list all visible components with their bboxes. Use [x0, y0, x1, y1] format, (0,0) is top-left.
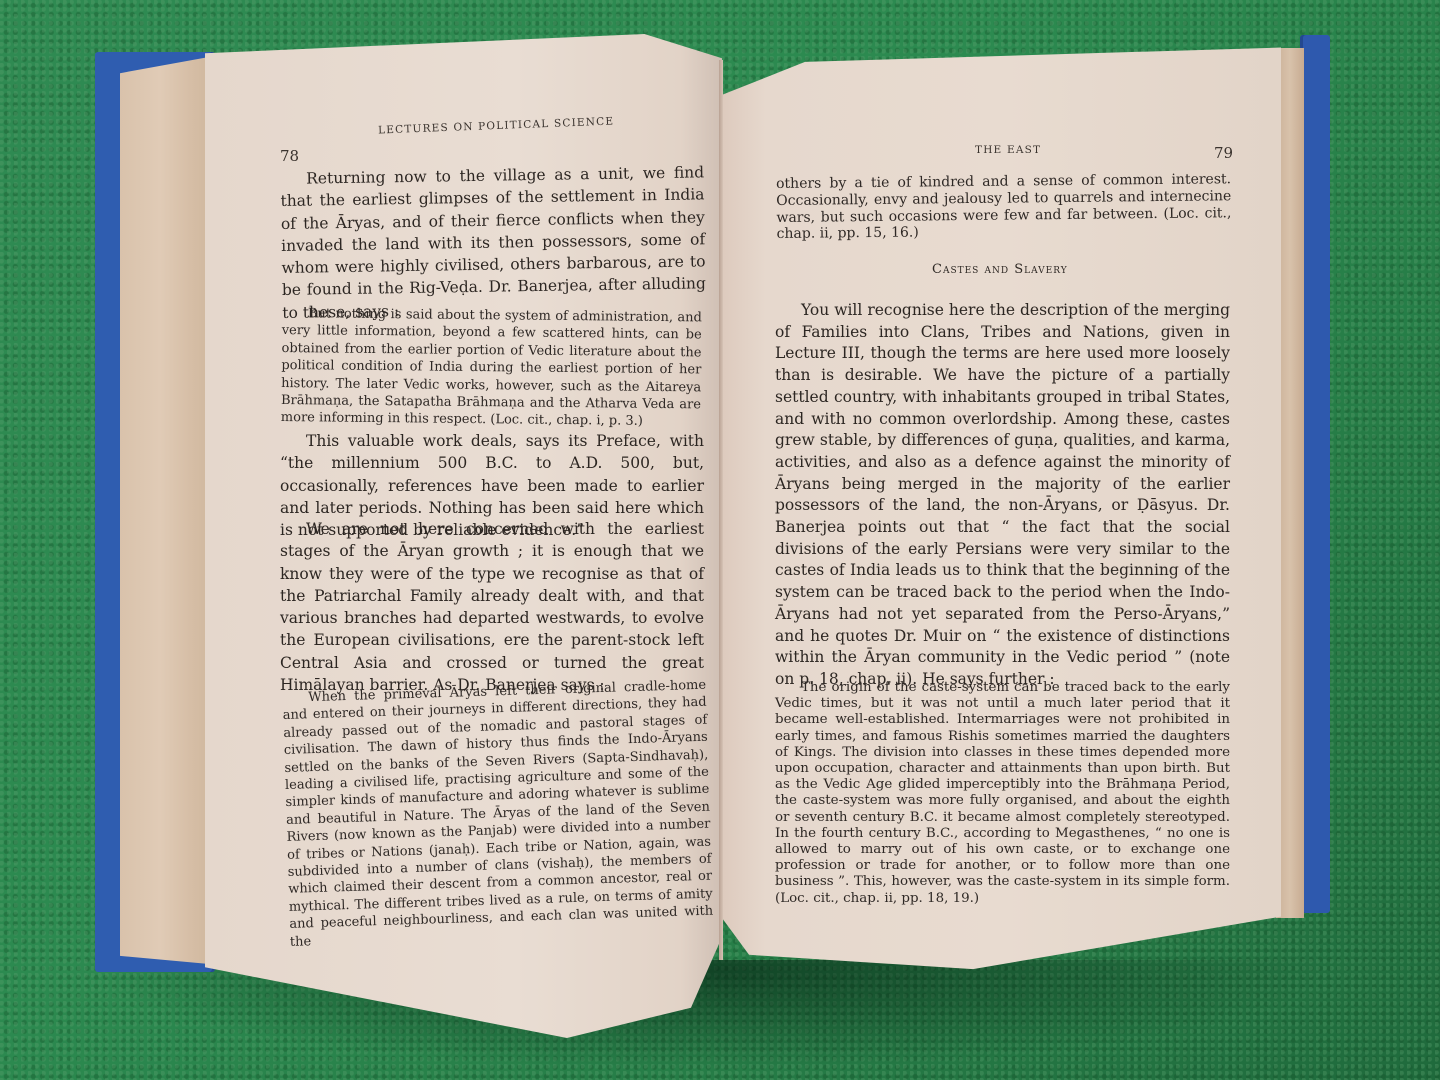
book-cover-right — [1300, 35, 1330, 913]
left-body-text: We are not here concerned with the earli… — [280, 518, 704, 696]
right-quote-continuation: others by a tie of kindred and a sense o… — [776, 171, 1232, 243]
left-quote-1: But nothing is said about the system of … — [281, 305, 702, 431]
left-page-number: 78 — [280, 147, 299, 165]
left-body-text: Returning now to the village as a unit, … — [280, 161, 706, 324]
right-blockquote: The origin of the caste-system can be tr… — [775, 680, 1230, 907]
left-quote-2: When the primeval Āryas left their origi… — [282, 677, 714, 951]
right-quote: The origin of the caste-system can be tr… — [775, 680, 1230, 907]
left-paragraph-1: Returning now to the village as a unit, … — [280, 161, 706, 324]
right-body-text: You will recognise here the description … — [775, 300, 1230, 691]
right-running-head: THE EAST — [975, 144, 1041, 156]
left-paragraph-3: We are not here concerned with the earli… — [280, 518, 704, 696]
left-blockquote: But nothing is said about the system of … — [281, 305, 702, 431]
book-gutter — [719, 60, 723, 960]
right-paragraph-1: You will recognise here the description … — [775, 300, 1230, 691]
right-blockquote-continued: others by a tie of kindred and a sense o… — [776, 171, 1232, 243]
right-page-number: 79 — [1214, 144, 1233, 162]
section-heading: Castes and Slavery — [932, 262, 1068, 277]
left-blockquote: When the primeval Āryas left their origi… — [282, 677, 714, 951]
